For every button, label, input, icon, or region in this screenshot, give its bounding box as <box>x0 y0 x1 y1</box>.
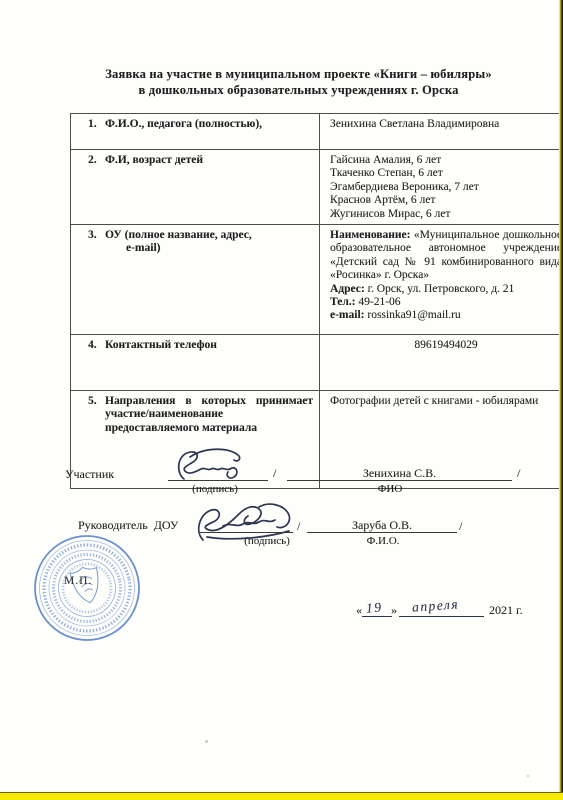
child-item: Гайсина Амалия, 6 лет <box>330 154 562 167</box>
row1-number: 1. <box>88 118 105 131</box>
row3-number: 3. <box>88 229 105 242</box>
title-line-1: Заявка на участие в муниципальном проект… <box>70 66 527 82</box>
table-row: 1.Ф.И.О., педагога (полностью), Зенихина… <box>71 114 563 150</box>
email-label: e-mail: <box>330 309 364 321</box>
participant-name: Зенихина С.В. <box>287 466 512 481</box>
head-name-caption: Ф.И.О. <box>328 535 438 547</box>
scanned-application-form: Заявка на участие в муниципальном проект… <box>0 0 563 800</box>
contact-phone: 89619494029 <box>414 339 477 351</box>
institution-phone: Тел.: 49-21-06 <box>330 296 562 309</box>
date-day-line <box>362 616 392 617</box>
head-sig-caption: (подпись) <box>212 535 322 547</box>
teacher-name: Зенихина Светлана Владимировна <box>330 118 499 130</box>
table-row: 3.ОУ (полное название, адрес, e-mail) На… <box>71 225 563 335</box>
institution-name: Наименование: «Муниципальное дошкольное … <box>330 229 562 283</box>
row4-label: Контактный телефон <box>105 339 217 351</box>
date-month-handwritten: апреля <box>411 596 459 615</box>
head-name: Заруба О.В. <box>307 518 457 533</box>
row3-label-line2: e-mail) <box>88 242 313 255</box>
date-close-quote: » <box>391 603 397 618</box>
institution-email: e-mail: rossinka91@mail.ru <box>330 309 562 322</box>
date-month-line <box>399 616 484 617</box>
table-row: 4.Контактный телефон 89619494029 <box>71 335 563 391</box>
participant-signature <box>172 448 254 482</box>
child-item: Эгамбердиева Вероника, 7 лет <box>330 181 562 194</box>
row2-value-cell: Гайсина Амалия, 6 лет Ткаченко Степан, 6… <box>320 150 563 225</box>
scan-edge-artifact-right <box>559 0 563 800</box>
row1-value-cell: Зенихина Светлана Владимировна <box>320 114 563 150</box>
row3-label-line1: ОУ (полное название, адрес, <box>105 229 252 241</box>
row5-label: Направления в которых принимает участие/… <box>105 395 313 434</box>
row1-label-cell: 1.Ф.И.О., педагога (полностью), <box>71 114 320 150</box>
institution-address: Адрес: г. Орск, ул. Петровского, д. 21 <box>330 283 562 296</box>
row3-label-cell: 3.ОУ (полное название, адрес, e-mail) <box>71 225 320 335</box>
child-item: Краснов Артём, 6 лет <box>330 194 562 207</box>
material-description: Фотографии детей с книгами - юбилярами <box>330 395 538 407</box>
head-name-line <box>307 532 457 533</box>
table-row: 2.Ф.И, возраст детей Гайсина Амалия, 6 л… <box>71 150 563 225</box>
row5-number: 5. <box>88 395 105 408</box>
row3-value-cell: Наименование: «Муниципальное дошкольное … <box>320 225 563 335</box>
row4-value-cell: 89619494029 <box>320 335 563 391</box>
row2-label-cell: 2.Ф.И, возраст детей <box>71 150 320 225</box>
row2-number: 2. <box>88 154 105 167</box>
official-stamp <box>22 523 152 653</box>
slash-separator: / <box>297 519 300 534</box>
row1-label: Ф.И.О., педагога (полностью), <box>105 118 262 130</box>
stamp-place-label: М.П. <box>64 575 92 587</box>
row2-label: Ф.И, возраст детей <box>105 154 203 166</box>
participant-signature-line <box>168 480 268 481</box>
address-label: Адрес: <box>330 283 365 295</box>
date-year: 2021 г. <box>489 603 523 618</box>
participant-sig-caption: (подпись) <box>160 483 270 495</box>
participant-name-caption: ФИО <box>335 483 445 495</box>
scan-speck <box>205 740 208 743</box>
document-title: Заявка на участие в муниципальном проект… <box>70 66 527 98</box>
scan-edge-artifact-bottom <box>0 792 563 800</box>
phone-label: Тел.: <box>330 296 356 308</box>
participant-role-label: Участник <box>65 467 114 482</box>
row4-number: 4. <box>88 339 105 352</box>
title-line-2: в дошкольных образовательных учреждениях… <box>70 82 527 98</box>
institution-name-label: Наименование: <box>330 229 411 241</box>
date-day-handwritten: 19 <box>365 599 383 616</box>
slash-separator: / <box>517 466 520 481</box>
scan-speck <box>527 775 529 777</box>
child-item: Ткаченко Степан, 6 лет <box>330 167 562 180</box>
participant-name-line <box>287 480 512 481</box>
application-table: 1.Ф.И.О., педагога (полностью), Зенихина… <box>70 113 563 489</box>
child-item: Жугинисов Мирас, 6 лет <box>330 208 562 221</box>
slash-separator: / <box>459 519 462 534</box>
slash-separator: / <box>273 466 276 481</box>
row4-label-cell: 4.Контактный телефон <box>71 335 320 391</box>
head-signature-line <box>200 532 293 533</box>
